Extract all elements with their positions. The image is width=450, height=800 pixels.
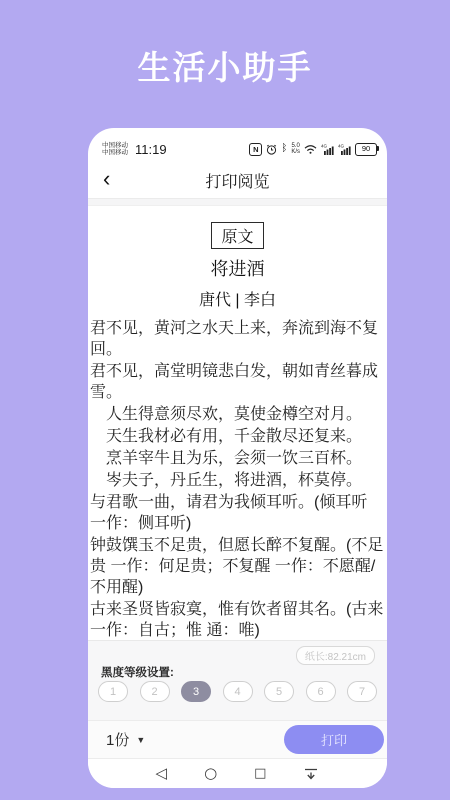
darkness-level-6[interactable]: 6 <box>306 681 336 702</box>
poem-line: 烹羊宰牛且为乐，会须一饮三百杯。 <box>90 448 385 469</box>
darkness-level-1[interactable]: 1 <box>98 681 128 702</box>
signal-sim1-icon: 4G <box>321 143 334 155</box>
status-bar: 中国移动 中国移动 11:19 N ᛒ 5.0 K/s <box>88 128 387 162</box>
system-nav-bar: ◁ ○ □ <box>88 758 387 788</box>
darkness-settings-panel: 纸长:82.21cm 黑度等级设置: 1 2 3 4 5 6 7 <box>88 640 387 720</box>
darkness-level-4[interactable]: 4 <box>223 681 253 702</box>
poem-line: 君不见，高堂明镜悲白发，朝如青丝暮成雪。 <box>90 361 385 403</box>
copies-value: 1份 <box>106 729 129 750</box>
poem-line: 古来圣贤皆寂寞，惟有饮者留其名。(古来 一作：自古；惟 通：唯) <box>90 599 385 640</box>
app-nav-bar: ‹ 打印阅览 <box>88 162 387 198</box>
darkness-level-2[interactable]: 2 <box>140 681 170 702</box>
poem-title: 将进酒 <box>90 255 385 281</box>
poem-line: 君不见，黄河之水天上来，奔流到海不复回。 <box>90 318 385 360</box>
darkness-level-options: 1 2 3 4 5 6 7 <box>98 681 377 702</box>
nfc-icon: N <box>249 143 262 156</box>
system-recents-icon[interactable]: □ <box>254 766 266 781</box>
app-title: 生活小助手 <box>0 42 450 89</box>
original-text-tag: 原文 <box>211 222 263 249</box>
poem-body: 君不见，黄河之水天上来，奔流到海不复回。 君不见，高堂明镜悲白发，朝如青丝暮成雪… <box>90 318 385 640</box>
print-preview-area[interactable]: 原文 将进酒 唐代 | 李白 君不见，黄河之水天上来，奔流到海不复回。 君不见，… <box>88 206 387 640</box>
poem-line: 人生得意须尽欢，莫使金樽空对月。 <box>90 404 385 425</box>
poem-line: 钟鼓馔玉不足贵，但愿长醉不复醒。(不足贵 一作：何足贵；不复醒 一作：不愿醒/不… <box>90 535 385 598</box>
poem-line: 岑夫子，丹丘生，将进酒，杯莫停。 <box>90 470 385 491</box>
darkness-level-7[interactable]: 7 <box>347 681 377 702</box>
poem-line: 与君歌一曲，请君为我倾耳听。(倾耳听 一作：侧耳听) <box>90 492 385 534</box>
poem-line: 天生我材必有用，千金散尽还复来。 <box>90 426 385 447</box>
paper-length-badge: 纸长:82.21cm <box>296 646 375 665</box>
wifi-icon <box>304 144 317 154</box>
bluetooth-icon: ᛒ <box>281 144 287 154</box>
clock-time: 11:19 <box>135 142 167 157</box>
battery-icon: 90 <box>355 143 377 156</box>
copies-selector[interactable]: 1份 ▼ <box>106 729 145 750</box>
back-button[interactable]: ‹ <box>103 165 110 193</box>
phone-mockup: 中国移动 中国移动 11:19 N ᛒ 5.0 K/s <box>88 128 387 788</box>
signal-sim2-icon: 4G <box>338 143 351 155</box>
svg-text:4G: 4G <box>338 144 345 149</box>
svg-text:4G: 4G <box>321 144 328 149</box>
system-home-icon[interactable]: ○ <box>204 766 217 781</box>
carrier-label: 中国移动 中国移动 <box>102 142 128 156</box>
page-title: 打印阅览 <box>205 169 269 192</box>
darkness-level-label: 黑度等级设置: <box>101 664 174 680</box>
print-action-row: 1份 ▼ 打印 <box>88 720 387 758</box>
print-button[interactable]: 打印 <box>284 725 384 754</box>
darkness-level-5[interactable]: 5 <box>264 681 294 702</box>
chevron-down-icon: ▼ <box>136 735 145 745</box>
hide-navbar-icon[interactable] <box>303 767 319 781</box>
poem-author: 唐代 | 李白 <box>90 287 385 310</box>
network-speed-indicator: 5.0 K/s <box>291 143 300 156</box>
darkness-level-3[interactable]: 3 <box>181 681 211 702</box>
alarm-icon <box>266 144 277 155</box>
system-back-icon[interactable]: ◁ <box>156 766 168 781</box>
nav-divider <box>88 198 387 206</box>
